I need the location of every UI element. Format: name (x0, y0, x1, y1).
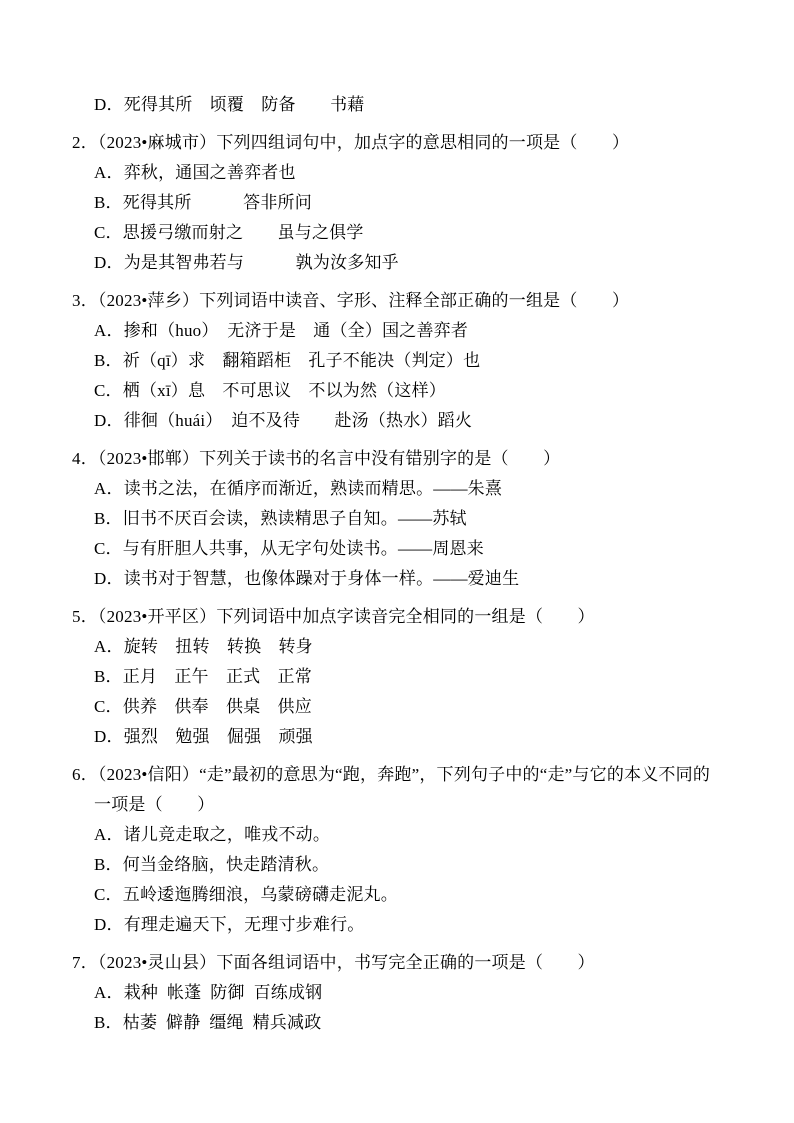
question-6-option-c: C．五岭逶迤腾细浪，乌蒙磅礴走泥丸。 (0, 880, 764, 910)
option-text: 五岭逶迤腾细浪，乌蒙磅礴走泥丸。 (123, 885, 398, 904)
option-label: B． (94, 667, 123, 686)
option-label: A． (94, 825, 124, 844)
question-stem: （2023•信阳）“走”最初的意思为“跑，奔跑”，下列句子中的“走”与它的本义不… (98, 765, 710, 784)
option-label: D． (94, 915, 124, 934)
option-label: D． (94, 727, 124, 746)
option-text: 读书之法，在循序而渐近，熟读而精思。——朱熹 (124, 479, 502, 498)
question-4-option-a: A．读书之法，在循序而渐近，熟读而精思。——朱熹 (0, 474, 764, 504)
question-6: 6．（2023•信阳）“走”最初的意思为“跑，奔跑”，下列句子中的“走”与它的本… (0, 760, 764, 940)
option-text: 栖（xī）息 不可思议 不以为然（这样） (123, 381, 446, 400)
question-2-stem-line: 2．（2023•麻城市）下列四组词句中，加点字的意思相同的一项是（ ） (0, 128, 764, 158)
question-3-option-a: A．掺和（huo） 无济于是 通（全）国之善弈者 (0, 316, 764, 346)
question-6-stem-line: 6．（2023•信阳）“走”最初的意思为“跑，奔跑”，下列句子中的“走”与它的本… (0, 760, 764, 790)
option-text: 枯萎 僻静 缰绳 精兵减政 (123, 1013, 322, 1032)
question-stem-line2: 一项是（ ） (94, 795, 214, 814)
question-2-option-a: A．弈秋，通国之善弈者也 (0, 158, 764, 188)
question-5-option-c: C．供养 供奉 供桌 供应 (0, 692, 764, 722)
option-label: B． (94, 855, 123, 874)
option-label: A． (94, 983, 124, 1002)
option-text: 诸儿竞走取之，唯戎不动。 (124, 825, 330, 844)
option-text: 祈（qī）求 翻箱蹈柜 孔子不能决（判定）也 (123, 351, 481, 370)
question-4-option-c: C．与有肝胆人共事，从无字句处读书。——周恩来 (0, 534, 764, 564)
exam-document-page: D．死得其所 顷覆 防备 书藉 2．（2023•麻城市）下列四组词句中，加点字的… (0, 0, 794, 1123)
option-text: 正月 正午 正式 正常 (123, 667, 312, 686)
question-number: 7． (72, 953, 98, 972)
question-5-option-b: B．正月 正午 正式 正常 (0, 662, 764, 692)
option-label: B． (94, 351, 123, 370)
option-label: D． (94, 411, 124, 430)
question-3-option-d: D．徘徊（huái） 迫不及待 赴汤（热水）蹈火 (0, 406, 764, 436)
option-label: B． (94, 509, 123, 528)
option-text: 与有肝胆人共事，从无字句处读书。——周恩来 (123, 539, 484, 558)
option-text: 供养 供奉 供桌 供应 (123, 697, 312, 716)
question-7-option-b: B．枯萎 僻静 缰绳 精兵减政 (0, 1008, 764, 1038)
option-label: C． (94, 885, 123, 904)
question-7-option-a: A．栽种 帐蓬 防御 百练成钢 (0, 978, 764, 1008)
question-4-option-d: D．读书对于智慧，也像体躁对于身体一样。——爱迪生 (0, 564, 764, 594)
option-label: D． (94, 95, 124, 114)
option-label: B． (94, 193, 123, 212)
question-6-option-b: B．何当金络脑，快走踏清秋。 (0, 850, 764, 880)
question-7: 7．（2023•灵山县）下面各组词语中，书写完全正确的一项是（ ） A．栽种 帐… (0, 948, 764, 1038)
option-text: 旧书不厌百会读，熟读精思子自知。——苏轼 (123, 509, 467, 528)
option-label: A． (94, 163, 124, 182)
option-text: 栽种 帐蓬 防御 百练成钢 (124, 983, 323, 1002)
option-label: A． (94, 479, 124, 498)
option-text: 有理走遍天下，无理寸步难行。 (124, 915, 365, 934)
question-stem: （2023•邯郸）下列关于读书的名言中没有错别字的是（ ） (98, 449, 560, 468)
question-stem: （2023•开平区）下列词语中加点字读音完全相同的一组是（ ） (98, 607, 595, 626)
question-2-option-d: D．为是其智弗若与 孰为汝多知乎 (0, 248, 764, 278)
option-label: A． (94, 321, 124, 340)
option-text: 思援弓缴而射之 虽与之俱学 (123, 223, 364, 242)
question-6-option-d: D．有理走遍天下，无理寸步难行。 (0, 910, 764, 940)
option-label: C． (94, 223, 123, 242)
option-text: 旋转 扭转 转换 转身 (124, 637, 313, 656)
question-stem: （2023•麻城市）下列四组词句中，加点字的意思相同的一项是（ ） (98, 133, 629, 152)
question-2: 2．（2023•麻城市）下列四组词句中，加点字的意思相同的一项是（ ） A．弈秋… (0, 128, 764, 278)
option-label: B． (94, 1013, 123, 1032)
option-text: 死得其所 答非所问 (123, 193, 312, 212)
question-6-option-a: A．诸儿竞走取之，唯戎不动。 (0, 820, 764, 850)
question-5-option-a: A．旋转 扭转 转换 转身 (0, 632, 764, 662)
question-stem: （2023•灵山县）下面各组词语中，书写完全正确的一项是（ ） (98, 953, 595, 972)
question-number: 2． (72, 133, 98, 152)
question-number: 5． (72, 607, 98, 626)
option-text: 徘徊（huái） 迫不及待 赴汤（热水）蹈火 (124, 411, 472, 430)
question-number: 6． (72, 765, 98, 784)
question-2-option-b: B．死得其所 答非所问 (0, 188, 764, 218)
option-text: 读书对于智慧，也像体躁对于身体一样。——爱迪生 (124, 569, 520, 588)
option-text: 强烈 勉强 倔强 顽强 (124, 727, 313, 746)
question-6-stem-continuation: 一项是（ ） (0, 790, 764, 820)
option-label: C． (94, 381, 123, 400)
option-label: D． (94, 569, 124, 588)
option-text: 死得其所 顷覆 防备 书藉 (124, 95, 365, 114)
question-7-stem-line: 7．（2023•灵山县）下面各组词语中，书写完全正确的一项是（ ） (0, 948, 764, 978)
question-number: 4． (72, 449, 98, 468)
option-label: C． (94, 539, 123, 558)
option-text: 何当金络脑，快走踏清秋。 (123, 855, 329, 874)
option-label: C． (94, 697, 123, 716)
question-4-stem-line: 4．（2023•邯郸）下列关于读书的名言中没有错别字的是（ ） (0, 444, 764, 474)
question-stem: （2023•萍乡）下列词语中读音、字形、注释全部正确的一组是（ ） (98, 291, 629, 310)
question-4-option-b: B．旧书不厌百会读，熟读精思子自知。——苏轼 (0, 504, 764, 534)
option-text: 弈秋，通国之善弈者也 (124, 163, 296, 182)
option-label: D． (94, 253, 124, 272)
question-5: 5．（2023•开平区）下列词语中加点字读音完全相同的一组是（ ） A．旋转 扭… (0, 602, 764, 752)
question-3-stem-line: 3．（2023•萍乡）下列词语中读音、字形、注释全部正确的一组是（ ） (0, 286, 764, 316)
question-2-option-c: C．思援弓缴而射之 虽与之俱学 (0, 218, 764, 248)
option-text: 掺和（huo） 无济于是 通（全）国之善弈者 (124, 321, 468, 340)
question-5-stem-line: 5．（2023•开平区）下列词语中加点字读音完全相同的一组是（ ） (0, 602, 764, 632)
question-3: 3．（2023•萍乡）下列词语中读音、字形、注释全部正确的一组是（ ） A．掺和… (0, 286, 764, 436)
question-number: 3． (72, 291, 98, 310)
question-3-option-c: C．栖（xī）息 不可思议 不以为然（这样） (0, 376, 764, 406)
option-text: 为是其智弗若与 孰为汝多知乎 (124, 253, 399, 272)
question-5-option-d: D．强烈 勉强 倔强 顽强 (0, 722, 764, 752)
option-label: A． (94, 637, 124, 656)
question-3-option-b: B．祈（qī）求 翻箱蹈柜 孔子不能决（判定）也 (0, 346, 764, 376)
orphan-option-line: D．死得其所 顷覆 防备 书藉 (0, 90, 764, 120)
question-4: 4．（2023•邯郸）下列关于读书的名言中没有错别字的是（ ） A．读书之法，在… (0, 444, 764, 594)
